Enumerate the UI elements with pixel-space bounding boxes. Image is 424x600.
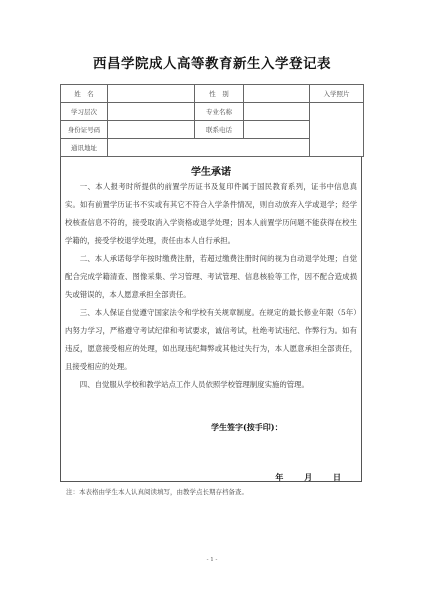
phone-label: 联系电话	[195, 121, 244, 139]
major-field[interactable]	[244, 103, 310, 121]
id-field[interactable]	[108, 121, 195, 139]
pledge-paragraph-2: 二、本人承诺每学年按时缴费注册，若超过缴费注册时间的视为自动退学处理；自觉配合完…	[61, 250, 361, 304]
date-line: 年 月 日	[257, 472, 341, 483]
pledge-paragraph-4: 四、自觉服从学校和教学站点工作人员依照学校管理制度实施的管理。	[61, 376, 361, 394]
date-month: 月	[304, 472, 312, 483]
address-field[interactable]	[108, 139, 310, 157]
pledge-heading: 学生承诺	[61, 163, 361, 178]
address-label: 通讯地址	[61, 139, 108, 157]
info-table: 姓 名 性 别 入学照片 学习层次 专业名称 身份证号码 联系电话 通讯地址	[60, 84, 364, 157]
level-field[interactable]	[108, 103, 195, 121]
date-year: 年	[275, 472, 283, 483]
student-pledge-section: 学生承诺 一、本人报考时所提供的前置学历证书及复印件属于国民教育系列，证书中信息…	[60, 157, 362, 482]
page-number: - 1 -	[0, 557, 424, 563]
date-day: 日	[333, 472, 341, 483]
name-label: 姓 名	[61, 85, 108, 103]
pledge-paragraph-1: 一、本人报考时所提供的前置学历证书及复印件属于国民教育系列，证书中信息真实。如有…	[61, 178, 361, 250]
gender-label: 性 别	[195, 85, 244, 103]
photo-label: 入学照片	[310, 85, 364, 103]
name-field[interactable]	[108, 85, 195, 103]
registration-form: 姓 名 性 别 入学照片 学习层次 专业名称 身份证号码 联系电话 通讯地址	[60, 84, 363, 157]
id-label: 身份证号码	[61, 121, 108, 139]
level-label: 学习层次	[61, 103, 108, 121]
gender-field[interactable]	[244, 85, 310, 103]
footnote: 注：本表格由学生本人认真阅读填写，由教学点长期存档备查。	[66, 487, 248, 496]
document-title: 西昌学院成人高等教育新生入学登记表	[0, 52, 424, 72]
photo-box[interactable]	[310, 103, 364, 157]
signature-label: 学生签字(按手印)：	[211, 422, 283, 433]
pledge-paragraph-3: 三、本人保证自觉遵守国家法令和学校有关规章制度。在规定的最长修业年限（5年）内努…	[61, 304, 361, 376]
phone-field[interactable]	[244, 121, 310, 139]
major-label: 专业名称	[195, 103, 244, 121]
